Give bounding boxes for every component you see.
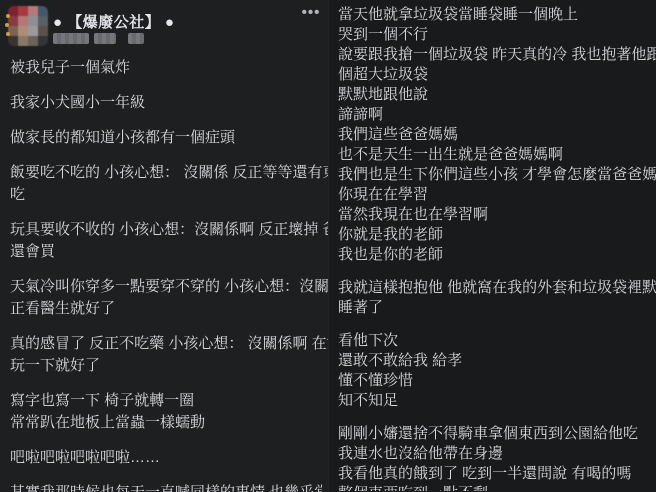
post-text-line: 玩具要收不收的 小孩心想：沒關係啊 反正壞掉 爸爸媽媽 (10, 219, 322, 241)
redacted-timestamp (94, 33, 116, 44)
post-text-line: 剛剛小嬸還捨不得騎車拿個東西到公園給他吃 (338, 424, 653, 444)
avatar-badge-icon (5, 23, 9, 27)
post-text-line: 看他下次 (338, 331, 653, 351)
post-text-line: 還敢不敢給我 給孝 (338, 351, 653, 371)
avatar[interactable] (8, 6, 48, 46)
post-text-line: 說要跟我搶一個垃圾袋 昨天真的冷 我也抱著他跟他套一 (338, 45, 653, 65)
post-text-line: 真的感冒了 反正不吃藥 小孩心想： 沒關係啊 在家裡睡覺 (10, 333, 322, 355)
post-text-line-truncated: 整個東西吃到一點不剩 (338, 484, 653, 491)
post-text-line: 正看醫生就好了 (10, 298, 322, 320)
facebook-dark-post-screenshot: ● 【爆廢公社】 ● ••• 被我兒子一個氣炸 我家小犬國小一年級 做家長的都知… (0, 0, 656, 492)
post-text-line: 睡著了 (338, 298, 653, 318)
post-panel-right: 當天他就拿垃圾袋當睡袋睡一個晚上 哭到一個不行 說要跟我搶一個垃圾袋 昨天真的冷… (328, 0, 656, 492)
post-text-line: 做家長的都知道小孩都有一個症頭 (10, 127, 322, 149)
post-text-line: 我家小犬國小一年級 (10, 92, 322, 114)
post-text-line: 當天他就拿垃圾袋當睡袋睡一個晚上 (338, 5, 653, 25)
post-text-line: 還會買 (10, 241, 322, 263)
post-text-line: 常常趴在地板上當蟲一樣蠕動 (10, 412, 322, 434)
post-text-line: 我就這樣抱抱他 他就窩在我的外套和垃圾袋裡默默的哭著 (338, 278, 653, 298)
post-text-line: 玩一下就好了 (10, 355, 322, 377)
avatar-badge-icon (6, 32, 10, 36)
post-text-line: 我們這些爸爸媽媽 (338, 125, 653, 145)
post-text-line: 我連水也沒給他帶在身邊 (338, 444, 653, 464)
post-text-line: 吧啦吧啦吧啦吧啦…… (10, 447, 322, 469)
post-text-line: 我看他真的餓到了 吃到一半還問說 有喝的嗎 (338, 464, 653, 484)
post-text-line: 懂不懂珍惜 (338, 371, 653, 391)
post-text-column-left: 被我兒子一個氣炸 我家小犬國小一年級 做家長的都知道小孩都有一個症頭 飯要吃不吃… (10, 57, 322, 492)
redacted-author-name (53, 33, 89, 44)
post-text-line: 寫字也寫一下 椅子就轉一圈 (10, 390, 322, 412)
avatar-badge-icon (6, 14, 10, 18)
post-text-line: 飯要吃不吃的 小孩心想： 沒關係 反正等等還有東西可以 (10, 162, 322, 184)
post-text-line: 諦諦啊 (338, 105, 653, 125)
post-text-line: 哭到一個不行 (338, 25, 653, 45)
post-text-line: 你現在在學習 (338, 185, 653, 205)
post-text-line: 當然我現在也在學習啊 (338, 205, 653, 225)
post-options-menu-icon[interactable]: ••• (298, 2, 324, 24)
post-text-line: 默默地跟他說 (338, 85, 653, 105)
group-title-link[interactable]: ● 【爆廢公社】 ● (53, 11, 174, 32)
post-text-line: 你就是我的老師 (338, 225, 653, 245)
post-text-line: 被我兒子一個氣炸 (10, 57, 322, 79)
post-text-column-right: 當天他就拿垃圾袋當睡袋睡一個晚上 哭到一個不行 說要跟我搶一個垃圾袋 昨天真的冷… (338, 5, 653, 491)
post-panel-left: ● 【爆廢公社】 ● ••• 被我兒子一個氣炸 我家小犬國小一年級 做家長的都知… (0, 0, 328, 492)
post-text-line: 我們也是生下你們這些小孩 才學會怎麼當爸爸媽媽的 (338, 165, 653, 185)
post-text-line: 我也是你的老師 (338, 245, 653, 265)
post-text-line: 天氣冷叫你穿多一點要穿不穿的 小孩心想：沒關係啊：反 (10, 276, 322, 298)
post-text-line: 吃 (10, 184, 322, 206)
post-text-line: 知不知足 (338, 391, 653, 411)
post-text-line: 個超大垃圾袋 (338, 65, 653, 85)
redacted-privacy (128, 33, 144, 44)
post-text-line-truncated: 其實我那時候也每天一直喊同樣的事情 也幾乎常常揍他 (10, 482, 322, 492)
post-text-line: 也不是天生一出生就是爸爸媽媽啊 (338, 145, 653, 165)
